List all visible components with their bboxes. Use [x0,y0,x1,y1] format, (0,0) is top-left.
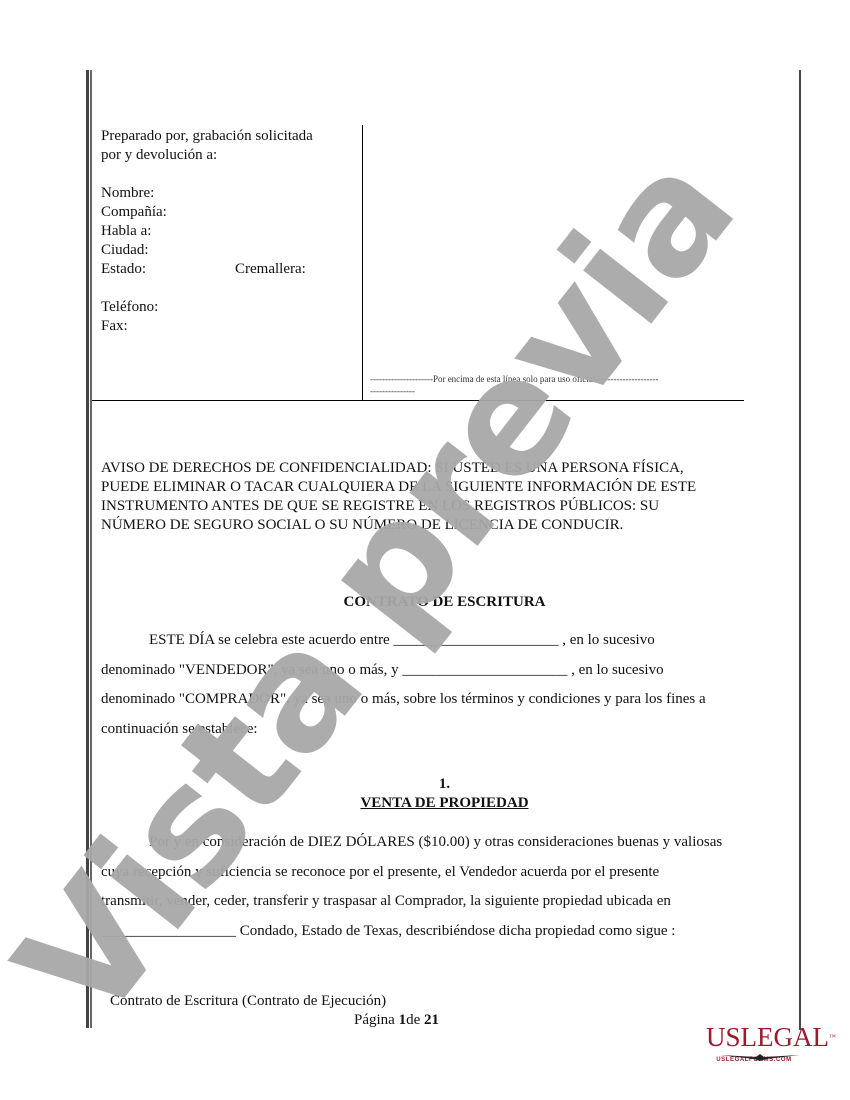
prepared-by-line2: por y devolución a: [101,146,313,165]
eagle-wing-icon [720,1053,800,1061]
zip-label: Cremallera: [235,260,306,279]
footer-page-number: Página 1de 21 [354,1012,439,1029]
city-label: Ciudad: [101,241,313,260]
uslegal-logo[interactable]: USLEGAL™ USLEGALFORMS.COM [706,1024,822,1070]
prepared-by-line1: Preparado por, grabación solicitada [101,127,313,146]
company-label: Compañía: [101,203,313,222]
prepared-by-block: Preparado por, grabación solicitada por … [101,127,313,336]
logo-brand: USLEGAL™ [706,1024,822,1051]
state-label: Estado: [101,261,146,277]
attention-label: Habla a: [101,222,313,241]
fax-label: Fax: [101,317,313,336]
phone-label: Teléfono: [101,298,313,317]
header-box-divider [362,125,363,400]
right-margin-rule [799,70,801,1030]
name-label: Nombre: [101,184,313,203]
